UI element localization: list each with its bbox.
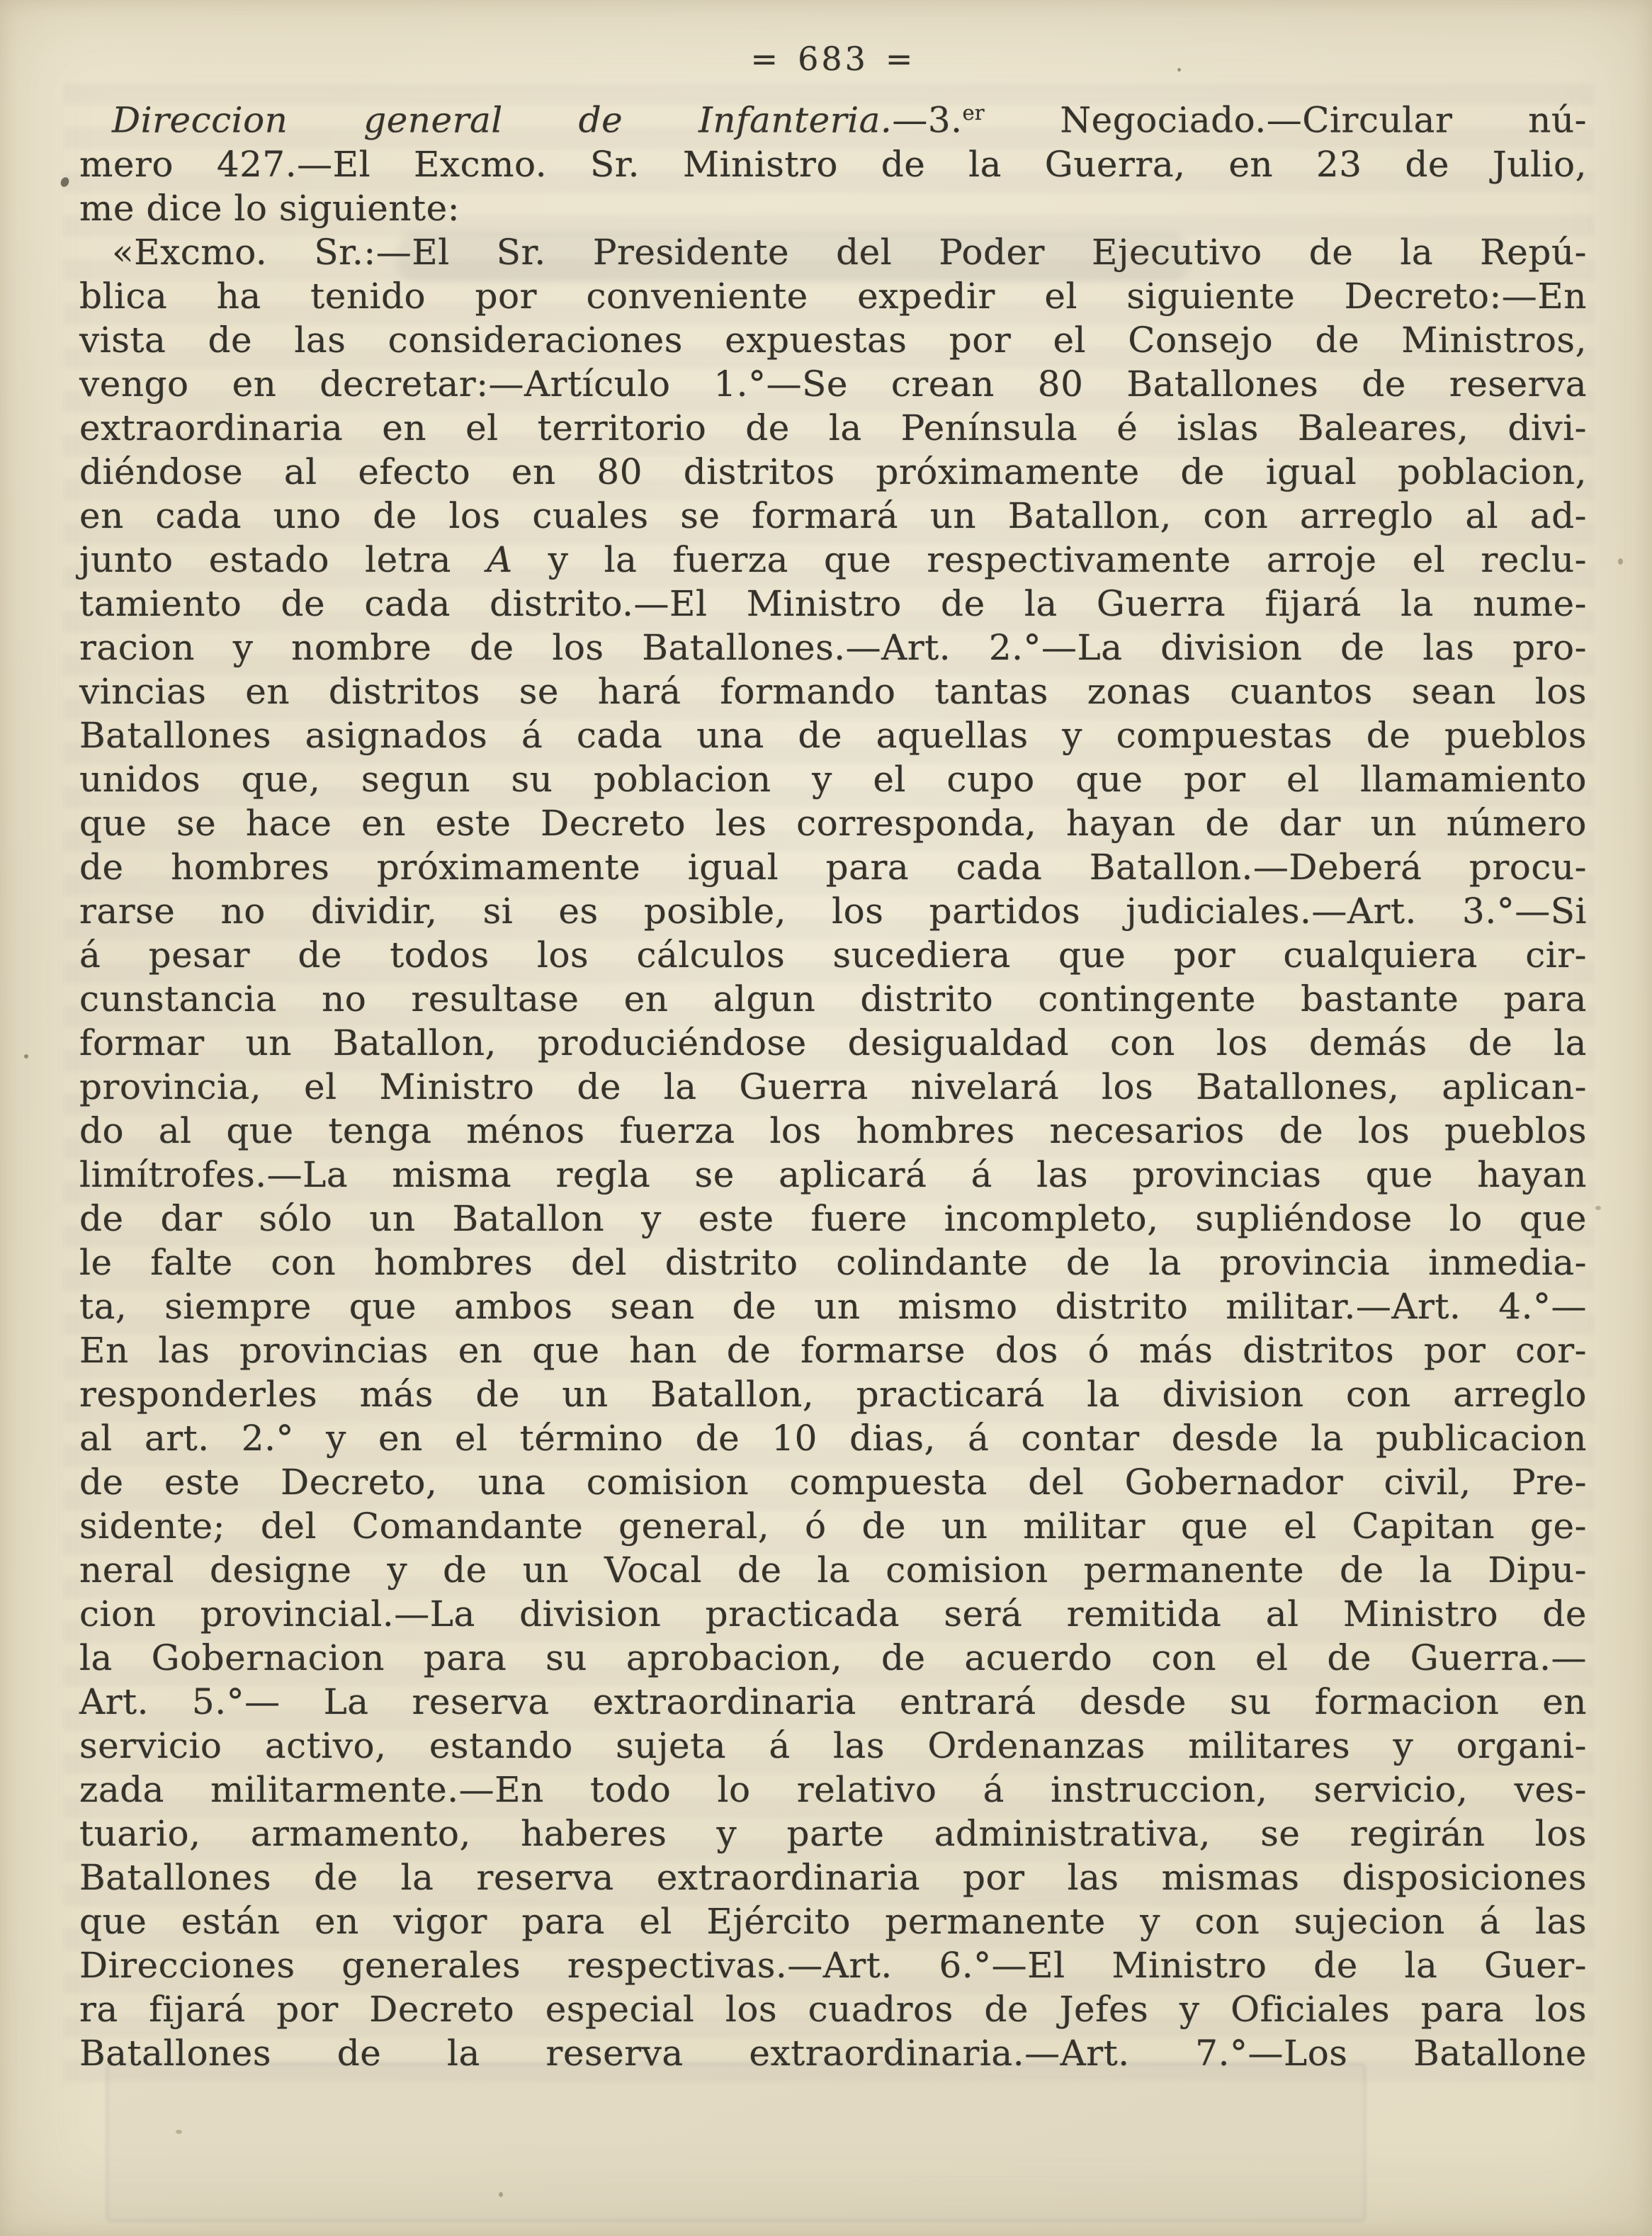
text-segment: rarse no dividir, si es posible, los par…: [79, 891, 1587, 932]
text-line: extraordinaria en el territorio de la Pe…: [79, 406, 1587, 450]
ink-speck: [176, 2130, 182, 2134]
text-segment: do al que tenga ménos fuerza los hombres…: [79, 1110, 1587, 1151]
text-segment: unidos que, segun su poblacion y el cupo…: [79, 759, 1587, 800]
text-segment: á pesar de todos los cálculos sucediera …: [79, 935, 1587, 976]
text-segment: Direcciones generales respectivas.—Art. …: [79, 1945, 1587, 1986]
text-segment: y la fuerza que respectivamente arroje e…: [513, 539, 1587, 580]
paragraph-lines: Direccion general de Infanteria.—3.er Ne…: [79, 91, 1587, 2075]
text-line: unidos que, segun su poblacion y el cupo…: [79, 757, 1587, 801]
text-line: En las provincias en que han de formarse…: [79, 1328, 1587, 1372]
text-segment: Art. 5.°— La reserva extraordinaria entr…: [79, 1681, 1587, 1722]
text-segment: responderles más de un Batallon, practic…: [79, 1374, 1587, 1415]
text-segment: extraordinaria en el territorio de la Pe…: [79, 407, 1587, 448]
text-line: responderles más de un Batallon, practic…: [79, 1372, 1587, 1416]
text-segment: de este Decreto, una comision compuesta …: [79, 1462, 1587, 1503]
page-number-rule-left: =: [751, 40, 781, 78]
text-segment: mero 427.—El Excmo. Sr. Ministro de la G…: [79, 144, 1587, 185]
text-line: Batallones de la reserva extraordinaria …: [79, 1856, 1587, 1899]
text-segment: A: [487, 539, 513, 580]
text-line: ra fijará por Decreto especial los cuadr…: [79, 1987, 1587, 2031]
text-segment: que se hace en este Decreto les correspo…: [79, 803, 1587, 844]
text-line: sidente; del Comandante general, ó de un…: [79, 1504, 1587, 1548]
text-line: que se hace en este Decreto les correspo…: [79, 801, 1587, 845]
text-line: diéndose al efecto en 80 distritos próxi…: [79, 450, 1587, 494]
text-segment: provincia, el Ministro de la Guerra nive…: [79, 1066, 1587, 1107]
scanned-page: =683= Direccion general de Infanteria.—3…: [0, 0, 1652, 2236]
text-line: vengo en decretar:—Artículo 1.°—Se crean…: [79, 362, 1587, 406]
text-line: servicio activo, estando sujeta á las Or…: [79, 1724, 1587, 1768]
text-segment: junto estado letra: [79, 539, 487, 580]
text-segment: Batallones de la reserva extraordinaria.…: [79, 2033, 1587, 2074]
text-segment: zada militarmente.—En todo lo relativo á…: [79, 1769, 1587, 1810]
text-segment: vengo en decretar:—Artículo 1.°—Se crean…: [79, 363, 1587, 405]
text-segment: Negociado.—Circular nú-: [985, 100, 1587, 141]
text-segment: «Excmo. Sr.:—El Sr. Presidente del Poder…: [112, 232, 1587, 273]
text-segment: racion y nombre de los Batallones.—Art. …: [79, 627, 1587, 668]
text-line: en cada uno de los cuales se formará un …: [79, 494, 1587, 538]
text-line: neral designe y de un Vocal de la comisi…: [79, 1548, 1587, 1592]
text-segment: vista de las consideraciones expuestas p…: [79, 320, 1587, 361]
text-line: que están en vigor para el Ejército perm…: [79, 1899, 1587, 1943]
text-segment: cion provincial.—La division practicada …: [79, 1593, 1587, 1634]
text-segment: cunstancia no resultase en algun distrit…: [79, 978, 1587, 1020]
text-segment: Direccion general de Infanteria.: [112, 100, 892, 141]
text-segment: vincias en distritos se hará formando ta…: [79, 671, 1587, 712]
text-segment: de hombres próximamente igual para cada …: [79, 847, 1587, 888]
text-line: «Excmo. Sr.:—El Sr. Presidente del Poder…: [79, 230, 1587, 274]
text-line: do al que tenga ménos fuerza los hombres…: [79, 1109, 1587, 1153]
ink-speck: [1618, 558, 1623, 565]
text-line: le falte con hombres del distrito colind…: [79, 1241, 1587, 1284]
page-number-rule-right: =: [886, 40, 916, 78]
page-number: =683=: [79, 37, 1587, 81]
text-segment: —3.: [892, 100, 962, 141]
text-segment: servicio activo, estando sujeta á las Or…: [79, 1725, 1587, 1766]
text-block: =683= Direccion general de Infanteria.—3…: [79, 37, 1587, 2075]
text-line: blica ha tenido por conveniente expedir …: [79, 274, 1587, 318]
text-line: vista de las consideraciones expuestas p…: [79, 318, 1587, 362]
text-line: vincias en distritos se hará formando ta…: [79, 670, 1587, 713]
text-segment: formar un Batallon, produciéndose desigu…: [79, 1022, 1587, 1063]
text-segment: me dice lo siguiente:: [79, 188, 460, 229]
text-line: al art. 2.° y en el término de 10 dias, …: [79, 1416, 1587, 1460]
text-segment: Batallones asignados á cada una de aquel…: [79, 715, 1587, 756]
text-segment: tamiento de cada distrito.—El Ministro d…: [79, 583, 1587, 624]
text-segment: tuario, armamento, haberes y parte admin…: [79, 1813, 1587, 1854]
ink-speck: [24, 1054, 28, 1058]
text-segment: limítrofes.—La misma regla se aplicará á…: [79, 1154, 1587, 1195]
text-segment: le falte con hombres del distrito colind…: [79, 1242, 1587, 1283]
text-segment: la Gobernacion para su aprobacion, de ac…: [79, 1637, 1587, 1678]
text-line: de dar sólo un Batallon y este fuere inc…: [79, 1197, 1587, 1241]
text-line: cunstancia no resultase en algun distrit…: [79, 977, 1587, 1021]
text-line: Direccion general de Infanteria.—3.er Ne…: [79, 91, 1587, 142]
text-segment: En las provincias en que han de formarse…: [79, 1330, 1587, 1371]
text-line: rarse no dividir, si es posible, los par…: [79, 889, 1587, 933]
text-line: limítrofes.—La misma regla se aplicará á…: [79, 1153, 1587, 1197]
text-segment: neral designe y de un Vocal de la comisi…: [79, 1549, 1587, 1591]
text-segment: ta, siempre que ambos sean de un mismo d…: [79, 1286, 1587, 1327]
text-line: la Gobernacion para su aprobacion, de ac…: [79, 1636, 1587, 1680]
text-line: tamiento de cada distrito.—El Ministro d…: [79, 582, 1587, 626]
text-segment: ra fijará por Decreto especial los cuadr…: [79, 1989, 1587, 2030]
ink-speck: [60, 176, 71, 188]
text-line: de este Decreto, una comision compuesta …: [79, 1460, 1587, 1504]
ink-speck: [499, 2192, 503, 2197]
text-segment: er: [963, 101, 985, 125]
text-line: provincia, el Ministro de la Guerra nive…: [79, 1065, 1587, 1109]
text-line: cion provincial.—La division practicada …: [79, 1592, 1587, 1636]
text-line: formar un Batallon, produciéndose desigu…: [79, 1021, 1587, 1065]
text-line: Batallones asignados á cada una de aquel…: [79, 713, 1587, 757]
text-line: tuario, armamento, haberes y parte admin…: [79, 1812, 1587, 1856]
text-segment: en cada uno de los cuales se formará un …: [79, 495, 1587, 536]
text-segment: diéndose al efecto en 80 distritos próxi…: [79, 451, 1587, 492]
text-line: mero 427.—El Excmo. Sr. Ministro de la G…: [79, 142, 1587, 186]
text-segment: de dar sólo un Batallon y este fuere inc…: [79, 1198, 1587, 1239]
text-line: á pesar de todos los cálculos sucediera …: [79, 933, 1587, 977]
text-line: zada militarmente.—En todo lo relativo á…: [79, 1768, 1587, 1812]
text-segment: que están en vigor para el Ejército perm…: [79, 1901, 1587, 1942]
text-line: junto estado letra A y la fuerza que res…: [79, 538, 1587, 582]
bleedthrough-box: [106, 2063, 1366, 2222]
ink-speck: [1595, 1206, 1601, 1210]
text-line: me dice lo siguiente:: [79, 186, 1587, 230]
text-line: Art. 5.°— La reserva extraordinaria entr…: [79, 1680, 1587, 1724]
page-number-value: 683: [798, 40, 869, 78]
text-line: Batallones de la reserva extraordinaria.…: [79, 2031, 1587, 2075]
text-segment: Batallones de la reserva extraordinaria …: [79, 1857, 1587, 1898]
text-segment: blica ha tenido por conveniente expedir …: [79, 276, 1587, 317]
text-line: Direcciones generales respectivas.—Art. …: [79, 1943, 1587, 1987]
text-line: ta, siempre que ambos sean de un mismo d…: [79, 1284, 1587, 1328]
text-line: racion y nombre de los Batallones.—Art. …: [79, 626, 1587, 670]
text-segment: sidente; del Comandante general, ó de un…: [79, 1506, 1587, 1547]
text-segment: al art. 2.° y en el término de 10 dias, …: [79, 1418, 1587, 1459]
text-line: de hombres próximamente igual para cada …: [79, 845, 1587, 889]
